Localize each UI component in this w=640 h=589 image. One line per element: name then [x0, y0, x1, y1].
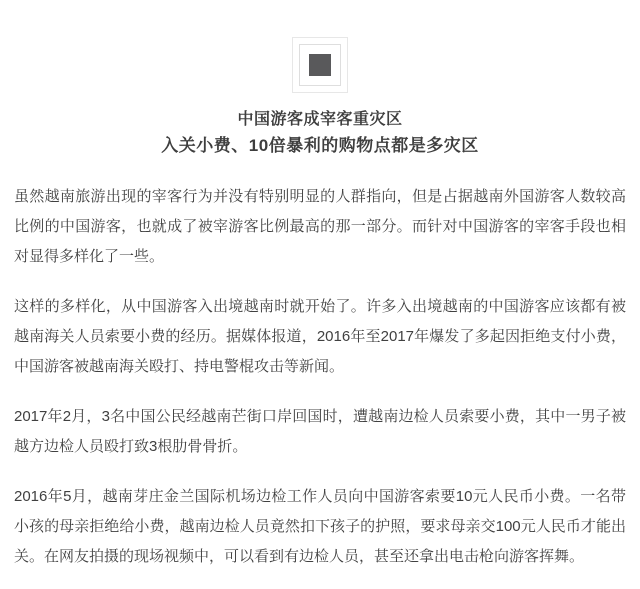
article-paragraph-2: 这样的多样化，从中国游客入出境越南时就开始了。许多入出境越南的中国游客应该都有被…	[14, 292, 626, 382]
logo-outer-square	[292, 37, 348, 93]
article-paragraph-4: 2016年5月，越南芽庄金兰国际机场边检工作人员向中国游客索要10元人民币小费。…	[14, 482, 626, 572]
article-paragraph-3: 2017年2月，3名中国公民经越南芒街口岸回国时，遭越南边检人员索要小费，其中一…	[14, 402, 626, 462]
article-paragraph-1: 虽然越南旅游出现的宰客行为并没有特别明显的人群指向，但是占据越南外国游客人数较高…	[14, 182, 626, 272]
article-title: 中国游客成宰客重灾区	[0, 107, 640, 132]
article-body: 虽然越南旅游出现的宰客行为并没有特别明显的人群指向，但是占据越南外国游客人数较高…	[14, 182, 626, 572]
brand-logo	[0, 0, 640, 93]
article-container: 中国游客成宰客重灾区 入关小费、10倍暴利的购物点都是多灾区 虽然越南旅游出现的…	[0, 0, 640, 589]
article-subtitle: 入关小费、10倍暴利的购物点都是多灾区	[0, 133, 640, 159]
logo-middle-square	[299, 44, 341, 86]
article-page: { "page": { "background": "#ffffff", "te…	[0, 0, 640, 589]
logo-center-square-icon	[309, 54, 331, 76]
